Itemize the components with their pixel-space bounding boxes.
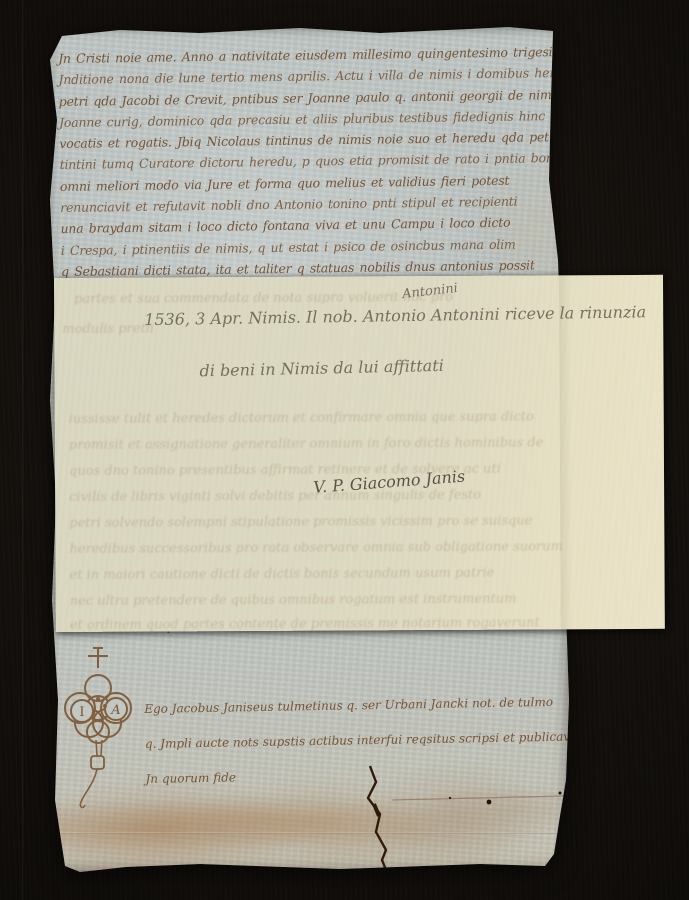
- manuscript-line: i Crespa, i ptinentiis de nimis, q ut es…: [61, 233, 566, 261]
- manuscript-line: petri qda Jacobi de Crevit, pntibus ser …: [59, 84, 564, 112]
- bleedthrough-line: petri solvendo solempni stipulatione pro…: [69, 513, 564, 531]
- signum-letter-right: A: [110, 703, 120, 718]
- signum-cross-icon: [88, 648, 108, 668]
- manuscript-line: Jnditione nona die lune tertio mens apri…: [58, 62, 563, 90]
- photo-of-document: Jn Cristi noie ame. Anno a nativitate ei…: [0, 0, 689, 900]
- archivist-slip: partes et sua commendata de nota supra v…: [54, 275, 665, 632]
- stain-band: [52, 778, 557, 870]
- manuscript-line: omni meliori modo via Jure et forma quo …: [60, 169, 565, 197]
- wormhole: [487, 800, 492, 805]
- subscription-line: Jn quorum fide: [145, 755, 575, 797]
- manuscript-line: una braydam sitam i loco dicto fontana v…: [60, 211, 565, 239]
- signum-tail: [80, 769, 97, 808]
- notary-signum-drawing: I A: [60, 644, 150, 814]
- manuscript-line: renunciavit et refutavit nobli dno Anton…: [60, 190, 565, 218]
- manuscript-line: vocatis et rogatis. Jbiq Nicolaus tintin…: [59, 126, 564, 154]
- manuscript-line: Joanne curig, dominico qda precasiu et a…: [59, 105, 564, 133]
- manuscript-line: Jn Cristi noie ame. Anno a nativitate ei…: [58, 41, 563, 69]
- bleedthrough-line: heredibus successoribus pro rata observa…: [69, 539, 564, 557]
- fold-crease: [50, 832, 562, 834]
- subscription-line: q. Jmpli aucte nots supstis actibus inte…: [145, 720, 575, 762]
- subscription-line: Ego Jacobus Janiseus tulmetinus q. ser U…: [144, 685, 574, 727]
- slip-regest-line2: di beni in Nimis da lui affittati: [199, 356, 444, 381]
- backdrop-seam: [22, 0, 25, 900]
- bleedthrough-line: promisit et assignatione generaliter omn…: [69, 435, 564, 453]
- bleedthrough-line: iussisse tulit et heredes dictorum et co…: [69, 409, 564, 427]
- bleedthrough-line: quos dno tonino presentibus affirmat ret…: [69, 461, 564, 479]
- signum-letter-left: I: [79, 705, 84, 720]
- bleedthrough-line: et in maiori cautione dicti de dictis bo…: [70, 565, 565, 583]
- bleedthrough-line: nec ultra pretendere de quibus omnibus r…: [70, 591, 565, 609]
- manuscript-line: tintini tumq Curatore dictoru heredu, p …: [59, 147, 564, 175]
- notary-subscription-block: Ego Jacobus Janiseus tulmetinus q. ser U…: [144, 685, 575, 797]
- deed-text-block: Jn Cristi noie ame. Anno a nativitate ei…: [58, 41, 566, 282]
- parchment-tear: [346, 756, 586, 872]
- bleedthrough-line: et ordinem quod partes contente de premi…: [70, 615, 565, 633]
